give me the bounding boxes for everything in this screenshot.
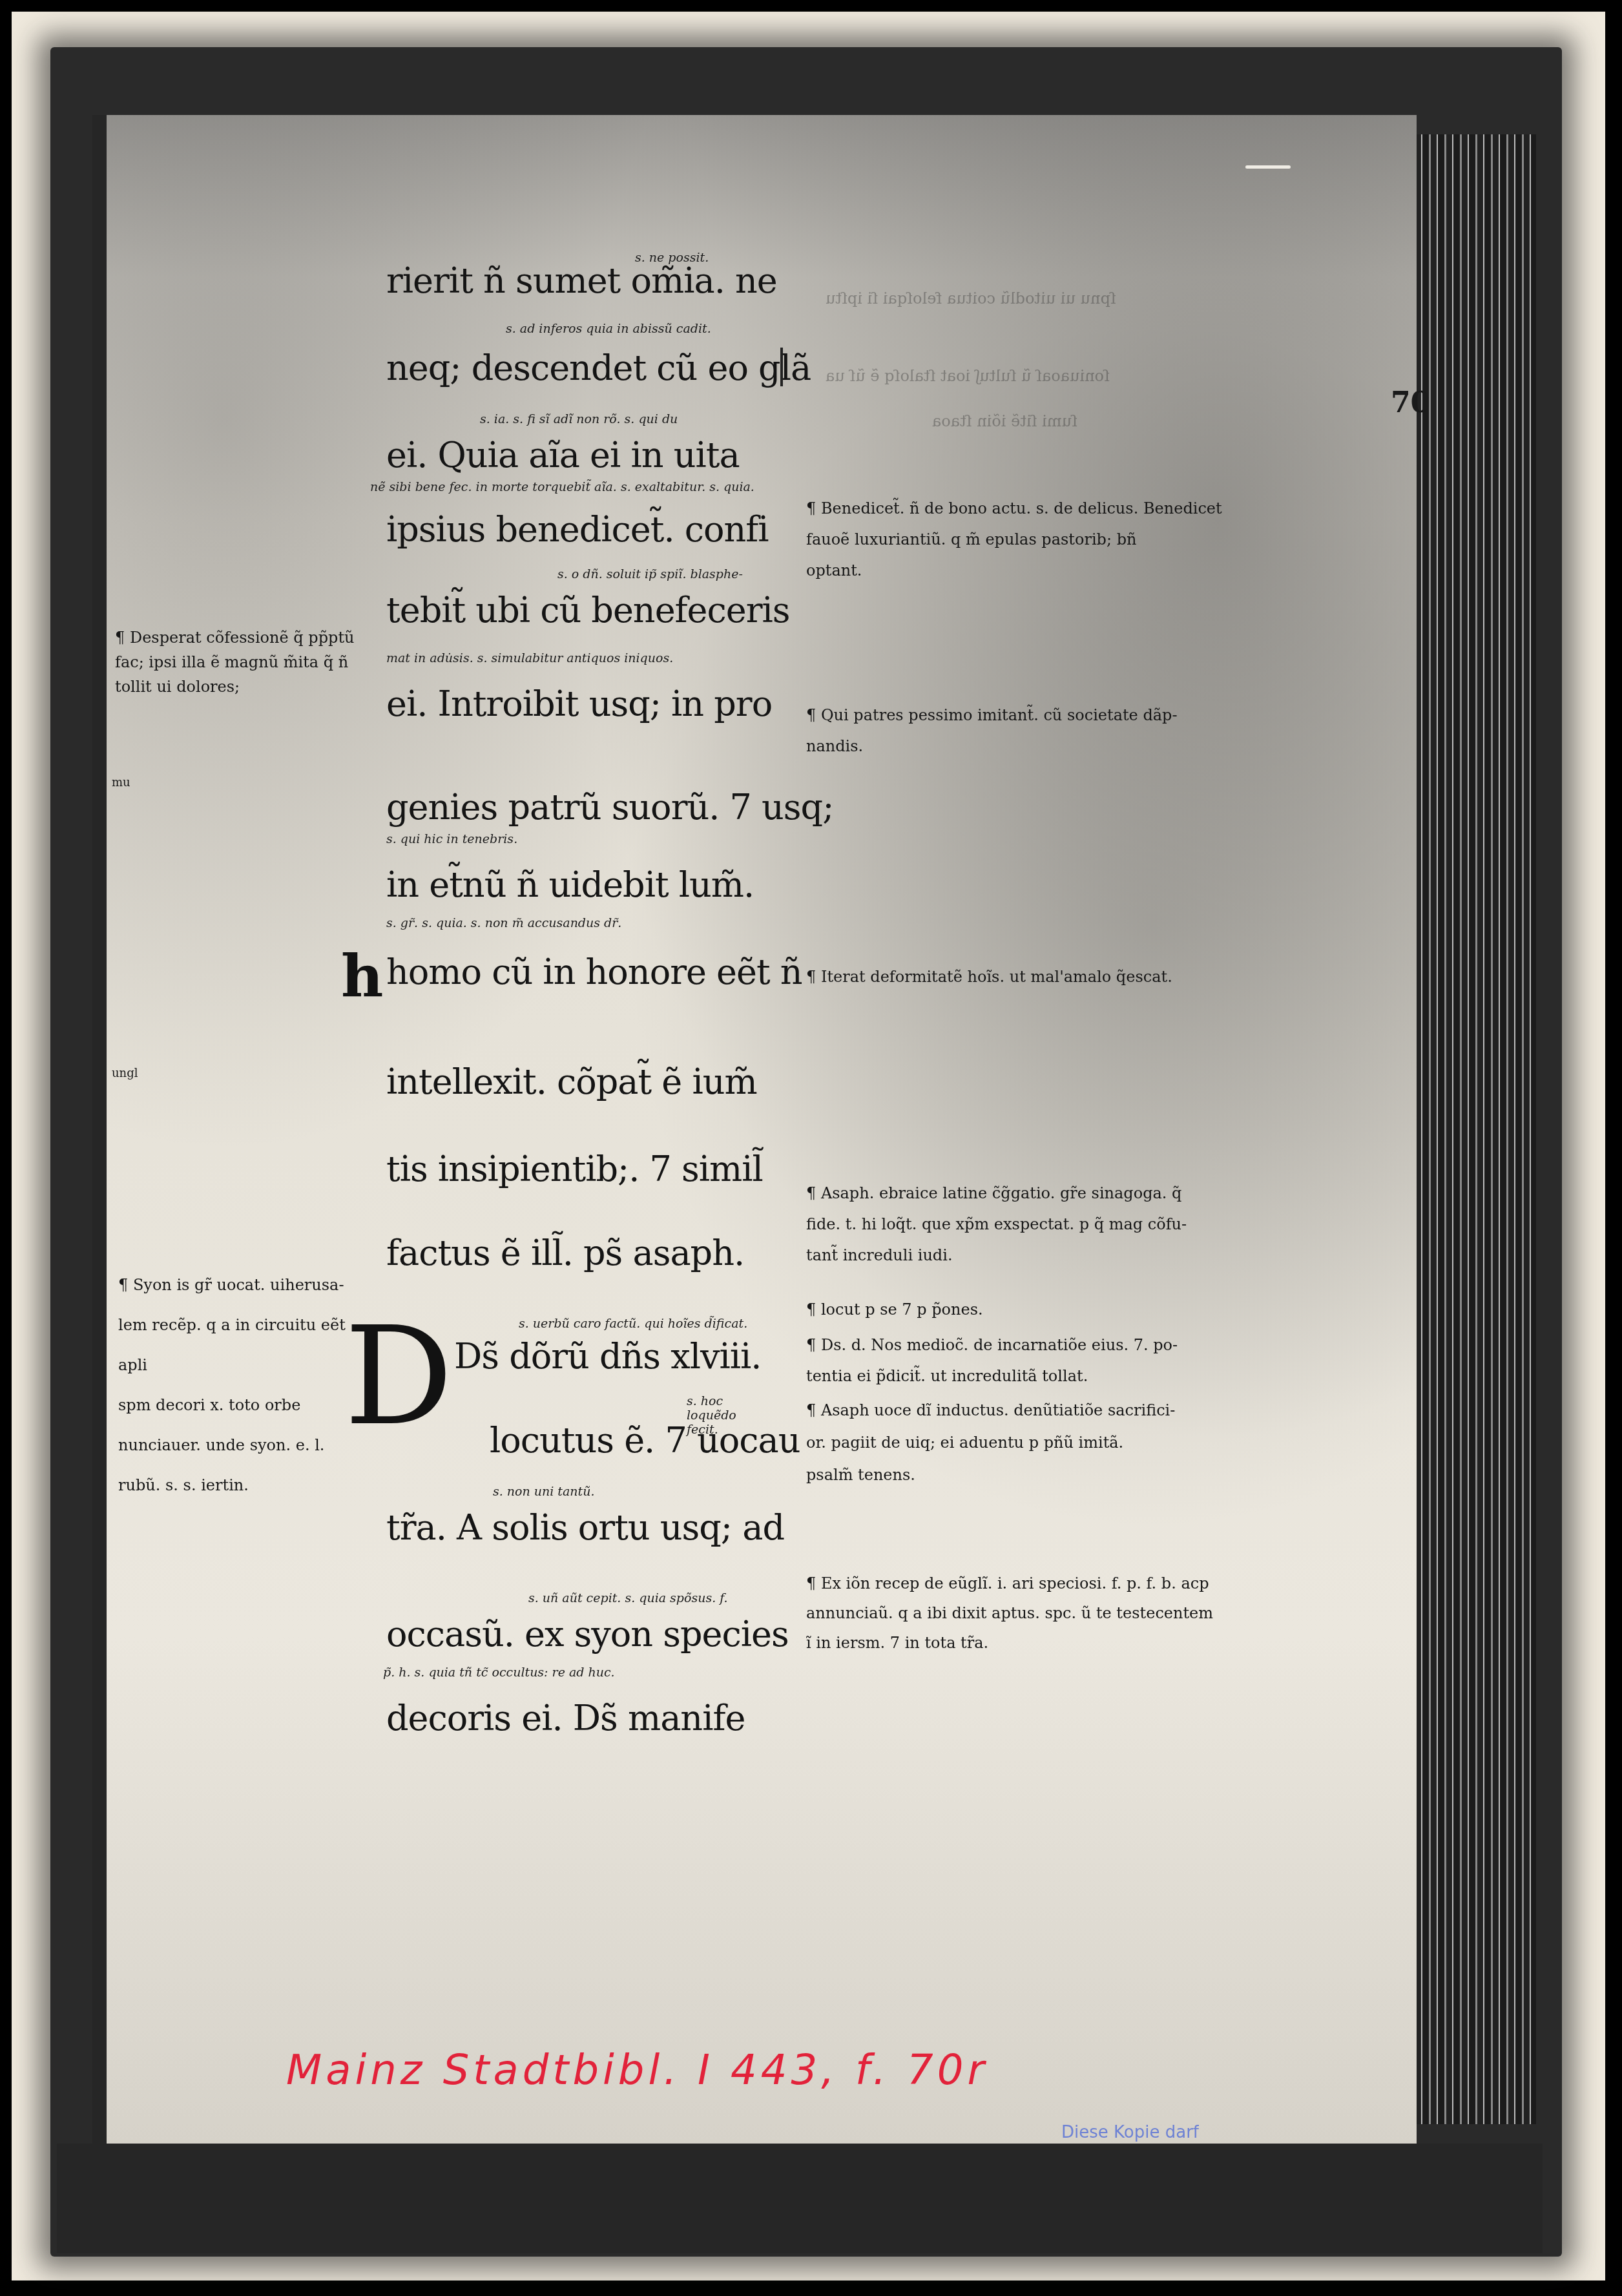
- margin-gloss-right-1: ¶ Benedicet̃. ñ de bono actu. s. de deli…: [806, 493, 1222, 586]
- interlinear-gloss: s. uñ aũt cepit. s. quia spõsus. f.: [528, 1591, 728, 1605]
- margin-gloss-right-8: ¶ Ex iõn recep de eũglĩ. i. ari speciosi…: [806, 1569, 1213, 1658]
- text-line: in et̃nũ ñ uidebit lum̃.: [386, 864, 754, 905]
- show-through-text: ſoniuaoaſ ũ ſultuʃ ioat ſtaloſq ẽ ũſ ua: [826, 367, 1110, 385]
- show-through-text: ſpnu ui uitodlũ coitua feloſqai ſi ipſtu: [826, 289, 1116, 308]
- margin-stroke: [780, 348, 783, 386]
- interlinear-gloss: p̃. h. s. quia tñ tc̃ occultus: re ad hu…: [383, 1665, 615, 1680]
- margin-gloss-right-7: ¶ Asaph uoce dĩ inductus. denũtiatiõe sa…: [806, 1394, 1175, 1491]
- text-line: ipsius benedicet̃. confi: [386, 509, 769, 550]
- edge-fragment: ungl: [112, 1061, 138, 1086]
- photocopy-sheet: 70 ſpnu ui uitodlũ coitua feloſqai ſi ip…: [12, 12, 1605, 2280]
- text-line: homo cũ in honore eẽt ñ: [386, 952, 802, 992]
- text-line: tis insipientib;. 7 simil̃: [386, 1149, 763, 1189]
- edge-fragment: mu: [112, 771, 130, 795]
- interlinear-gloss: s. o dñ. soluit ip̃ spiĩ. blasphe-: [557, 567, 743, 581]
- margin-gloss-right-3: ¶ Iterat deformitatẽ hoĩs. ut mal'amalo …: [806, 965, 1172, 989]
- initial-h: h: [341, 942, 383, 1010]
- interlinear-gloss: s. ia. s. fi sĩ adĩ non rõ. s. qui du: [480, 412, 678, 426]
- text-line: tebit̃ ubi cũ benefeceris: [386, 590, 790, 631]
- folio-number: 70: [1391, 386, 1430, 419]
- shelfmark-caption: Mainz Stadtbibl. I 443, f. 70r: [286, 2047, 988, 2094]
- interlinear-gloss: s. ad inferos quia in abissũ cadit.: [506, 322, 711, 336]
- bottom-shadow: [57, 2144, 1543, 2253]
- copy-stamp: Diese Kopie darf: [1061, 2123, 1199, 2144]
- manuscript-page: 70 ſpnu ui uitodlũ coitua feloſqai ſi ip…: [92, 115, 1417, 2144]
- text-line: genies patrũ suorũ. 7 usq;: [386, 787, 833, 828]
- interlinear-gloss: s. uerbũ caro factũ. qui hoĩes d̃ificat.: [519, 1317, 747, 1331]
- text-line: tr̃a. A solis ortu usq; ad: [386, 1507, 784, 1548]
- text-line: ei. Quia aĩa ei in uita: [386, 435, 740, 475]
- show-through-text: ſumi ſitẽ iõin ſtaoa: [932, 412, 1077, 430]
- text-line: occasũ. ex syon species: [386, 1614, 789, 1654]
- margin-gloss-left-1: ¶ Desperat cõfessionẽ q̃ pp̃ptũ fac; ips…: [115, 625, 360, 699]
- margin-gloss-right-2: ¶ Qui patres pessimo imitant̃. cũ societ…: [806, 700, 1178, 762]
- interlinear-gloss: nẽ sibi bene fec. in morte torquebit̃ aĩ…: [370, 480, 754, 494]
- text-line: Ds̃ dõrũ dñs xlviii.: [454, 1336, 761, 1377]
- interlinear-gloss: s. non uni tantũ.: [493, 1485, 594, 1499]
- interlinear-gloss: mat in adu̇sis. s. simulabitur antiquos …: [386, 651, 673, 665]
- text-line: intellexit. cõpat̃ ẽ ium̃: [386, 1061, 757, 1102]
- scratch-mark: [1245, 165, 1291, 169]
- margin-gloss-right-4: ¶ Asaph. ebraice latine c̃g̃gatio. gr̃e …: [806, 1178, 1187, 1271]
- interlinear-gloss: s. qui hic in tenebris.: [386, 832, 517, 846]
- margin-gloss-right-6: ¶ Ds. d. Nos medioc̃. de incarnatiõe eiu…: [806, 1330, 1178, 1392]
- book-fore-edge: [1407, 134, 1536, 2124]
- text-line: rierit ñ sumet om̃ia. ne: [386, 260, 777, 301]
- text-line: factus ẽ ill̃. ps̃ asaph.: [386, 1233, 744, 1273]
- margin-gloss-right-5: ¶ locut p se 7 p p̃ones.: [806, 1297, 983, 1322]
- left-binding-strip: [92, 115, 107, 2144]
- interlinear-gloss: s. gr̃. s. quia. s. non m̃ accusandus dr…: [386, 916, 621, 930]
- margin-gloss-left-2: ¶ Syon is gr̃ uocat. uiherusa- lem recẽp…: [118, 1265, 364, 1505]
- text-line: neq; descendet cũ eo glã: [386, 348, 811, 388]
- text-line: ei. Introibit usq; in pro: [386, 684, 772, 724]
- text-line: locutus ẽ. 7 uocau: [490, 1420, 800, 1461]
- text-line: decoris ei. Ds̃ manife: [386, 1698, 745, 1738]
